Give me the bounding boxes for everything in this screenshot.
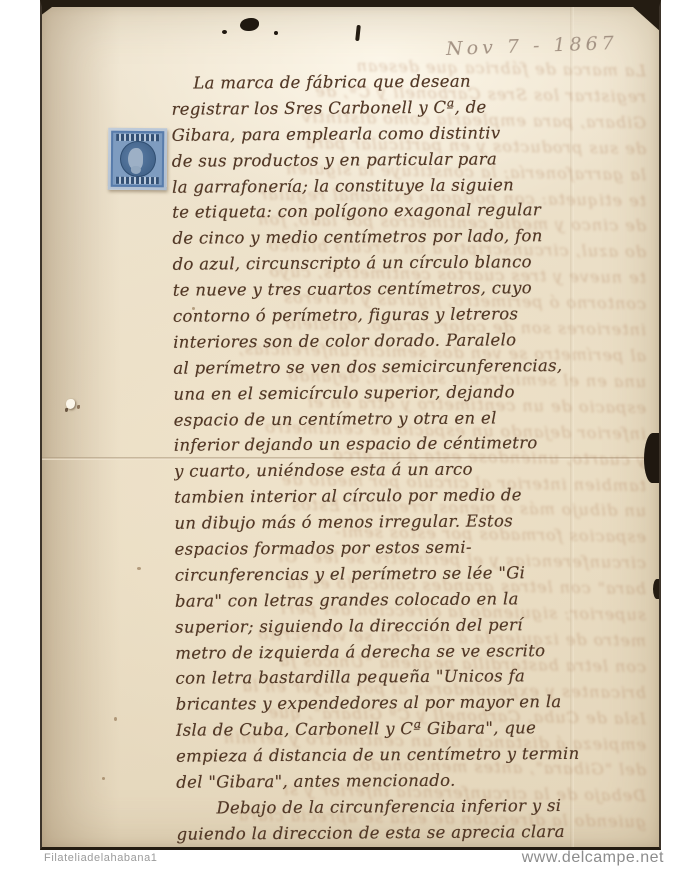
manuscript-line: circunferencias y el perímetro se lée "G… [175, 559, 661, 588]
manuscript-line: una en el semicírculo superior, dejando [173, 378, 660, 407]
ink-stroke-mark [355, 25, 361, 41]
manuscript-line: te etiqueta: con polígono exagonal regul… [172, 197, 659, 226]
watermark-seller-name: Filateliadelahabana1 [44, 852, 158, 864]
paper-speck [137, 567, 141, 570]
manuscript-line: tambien interior al círculo por medio de [174, 482, 661, 511]
portrait-neck-icon [130, 166, 140, 174]
stamp-frame [111, 131, 164, 187]
manuscript-line: un dibujo más ó menos irregular. Estos [174, 507, 661, 536]
manuscript-line: de cinco y medio centímetros por lado, f… [172, 223, 659, 252]
manuscript-line: del "Gibara", antes mencionado. [176, 766, 661, 795]
stamp-bottom-lettering [116, 177, 158, 184]
manuscript-line: do azul, circunscripto á un círculo blan… [173, 249, 660, 278]
ink-dot [274, 31, 278, 35]
postage-stamp [108, 128, 168, 191]
manuscript-line: registrar los Sres Carbonell y Cª, de [171, 93, 658, 122]
manuscript-line: de sus productos y en particular para [172, 145, 659, 174]
manuscript-line: al perímetro se ven dos semicircunferenc… [173, 352, 660, 381]
manuscript-line: espacio de un centímetro y otra en el [174, 404, 661, 433]
manuscript-line: empieza á distancia de un centímetro y t… [176, 740, 661, 769]
ink-blot [240, 18, 259, 31]
ink-dot [222, 30, 227, 34]
manuscript-line: Gibara, para emplearla como distintiv [172, 119, 659, 148]
manuscript-line: te nueve y tres cuartos centímetros, cuy… [173, 274, 660, 303]
pencil-date-annotation: Nov 7 - 1867 [446, 32, 618, 60]
document-photo: La marca de fábrica que deseanregistrar … [40, 0, 661, 850]
manuscript-line: la garrafonería; la constituye la siguie… [172, 171, 659, 200]
manuscript-line: metro de izquierda á derecha se ve escri… [175, 637, 661, 666]
manuscript-line: Debajo de la circunferencia inferior y s… [176, 792, 661, 821]
manuscript-line: contorno ó perímetro, figuras y letreros [173, 300, 660, 329]
paper-speck [102, 777, 105, 780]
watermark-site-url: www.delcampe.net [522, 849, 664, 867]
stamp-portrait-oval [119, 141, 155, 178]
manuscript-line: con letra bastardilla pequeña "Unicos fa [175, 663, 661, 692]
screenshot-canvas: La marca de fábrica que deseanregistrar … [0, 0, 700, 869]
manuscript-line: inferior dejando un espacio de céntimetr… [174, 430, 661, 459]
manuscript-line: y cuarto, uniéndose esta á un arco [174, 456, 661, 485]
stamp-top-lettering [117, 134, 159, 141]
manuscript-line: Isla de Cuba, Carbonell y Cª Gibara", qu… [176, 715, 661, 744]
manuscript-line: guiendo la direccion de esta se aprecia … [177, 818, 661, 847]
paper-speck [114, 717, 117, 721]
manuscript-line: interiores son de color dorado. Paralelo [173, 326, 660, 355]
manuscript-line: La marca de fábrica que desean [171, 67, 658, 96]
manuscript-line: espacios formados por estos semi- [175, 533, 661, 562]
manuscript-line: bara" con letras grandes colocado en la [175, 585, 661, 614]
manuscript: La marca de fábrica que deseanregistrar … [171, 67, 661, 850]
manuscript-line: superior; siguiendo la dirección del per… [175, 611, 661, 640]
manuscript-line: bricantes y expendedores al por mayor en… [176, 689, 661, 718]
photo-corner-shadow [627, 4, 661, 32]
